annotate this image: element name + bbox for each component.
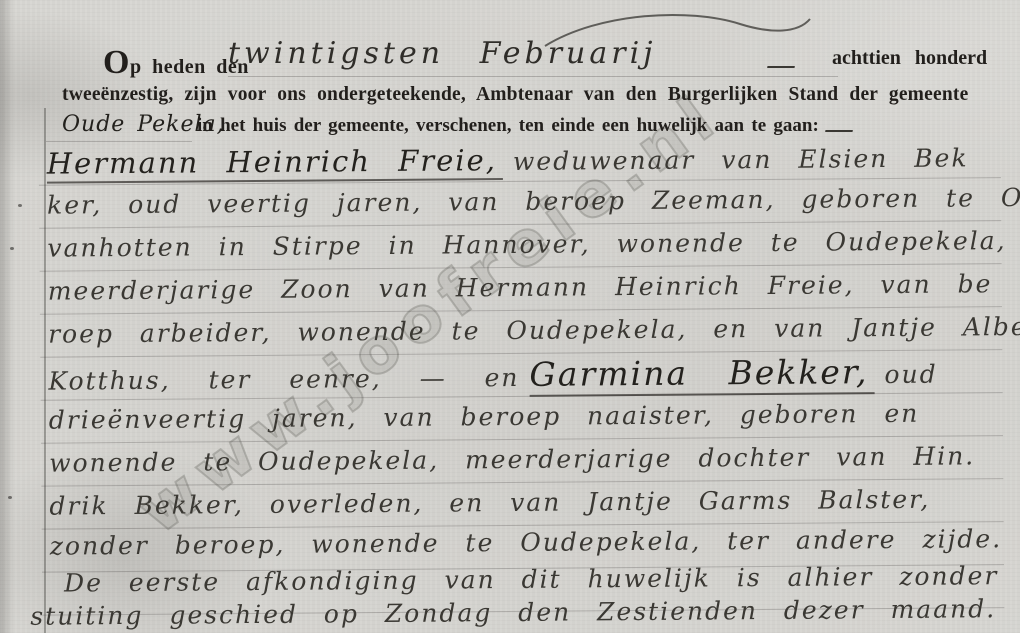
handwriting-block: Hermann Heinrich Freie,weduwenaar van El…	[0, 0, 1020, 633]
handwriting-text: Kotthus, ter eenre, — en	[48, 363, 519, 396]
handwriting-line: Kotthus, ter eenre, — enGarmina Bekker,o…	[48, 352, 937, 398]
handwriting-line: drik Bekker, overleden, en van Jantje Ga…	[49, 485, 930, 521]
handwriting-line: wonende te Oudepekela, meerderjarige doc…	[49, 441, 975, 477]
handwriting-line: drieënveertig jaren, van beroep naaister…	[49, 399, 920, 435]
handwriting-text: drik Bekker, overleden, en van Jantje Ga…	[49, 485, 930, 521]
document-scan: www.joofreie.nl Op heden den twintigsten…	[0, 0, 1020, 633]
handwriting-text: vanhotten in Stirpe in Hannover, wonende…	[47, 226, 1006, 263]
handwriting-text: wonende te Oudepekela, meerderjarige doc…	[49, 441, 975, 477]
handwriting-line: stuiting geschied op Zondag den Zestiend…	[30, 594, 996, 631]
handwriting-line: ker, oud veertig jaren, van beroep Zeema…	[47, 183, 1020, 220]
handwriting-text: stuiting geschied op Zondag den Zestiend…	[30, 594, 996, 631]
handwriting-line: roep arbeider, wonende te Oudepekela, en…	[48, 312, 1020, 349]
handwriting-line: vanhotten in Stirpe in Hannover, wonende…	[47, 226, 1006, 263]
bride-name: Garmina Bekker,	[529, 352, 874, 397]
handwriting-text: drieënveertig jaren, van beroep naaister…	[49, 399, 920, 435]
handwriting-line: meerderjarige Zoon van Hermann Heinrich …	[48, 269, 993, 305]
handwriting-text: meerderjarige Zoon van Hermann Heinrich …	[48, 269, 993, 305]
handwriting-line: De eerste afkondiging van dit huwelijk i…	[64, 561, 998, 597]
handwriting-line: zonder beroep, wonende te Oudepekela, te…	[50, 524, 1003, 560]
handwriting-text: oud	[884, 360, 937, 389]
handwriting-text: De eerste afkondiging van dit huwelijk i…	[64, 561, 998, 597]
handwriting-text: roep arbeider, wonende te Oudepekela, en…	[48, 312, 1020, 349]
handwriting-text: zonder beroep, wonende te Oudepekela, te…	[50, 524, 1003, 560]
handwriting-text: weduwenaar van Elsien Bek	[513, 143, 969, 176]
handwriting-line: Hermann Heinrich Freie,weduwenaar van El…	[47, 139, 969, 180]
groom-name: Hermann Heinrich Freie,	[47, 143, 503, 184]
handwriting-text: ker, oud veertig jaren, van beroep Zeema…	[47, 183, 1020, 220]
